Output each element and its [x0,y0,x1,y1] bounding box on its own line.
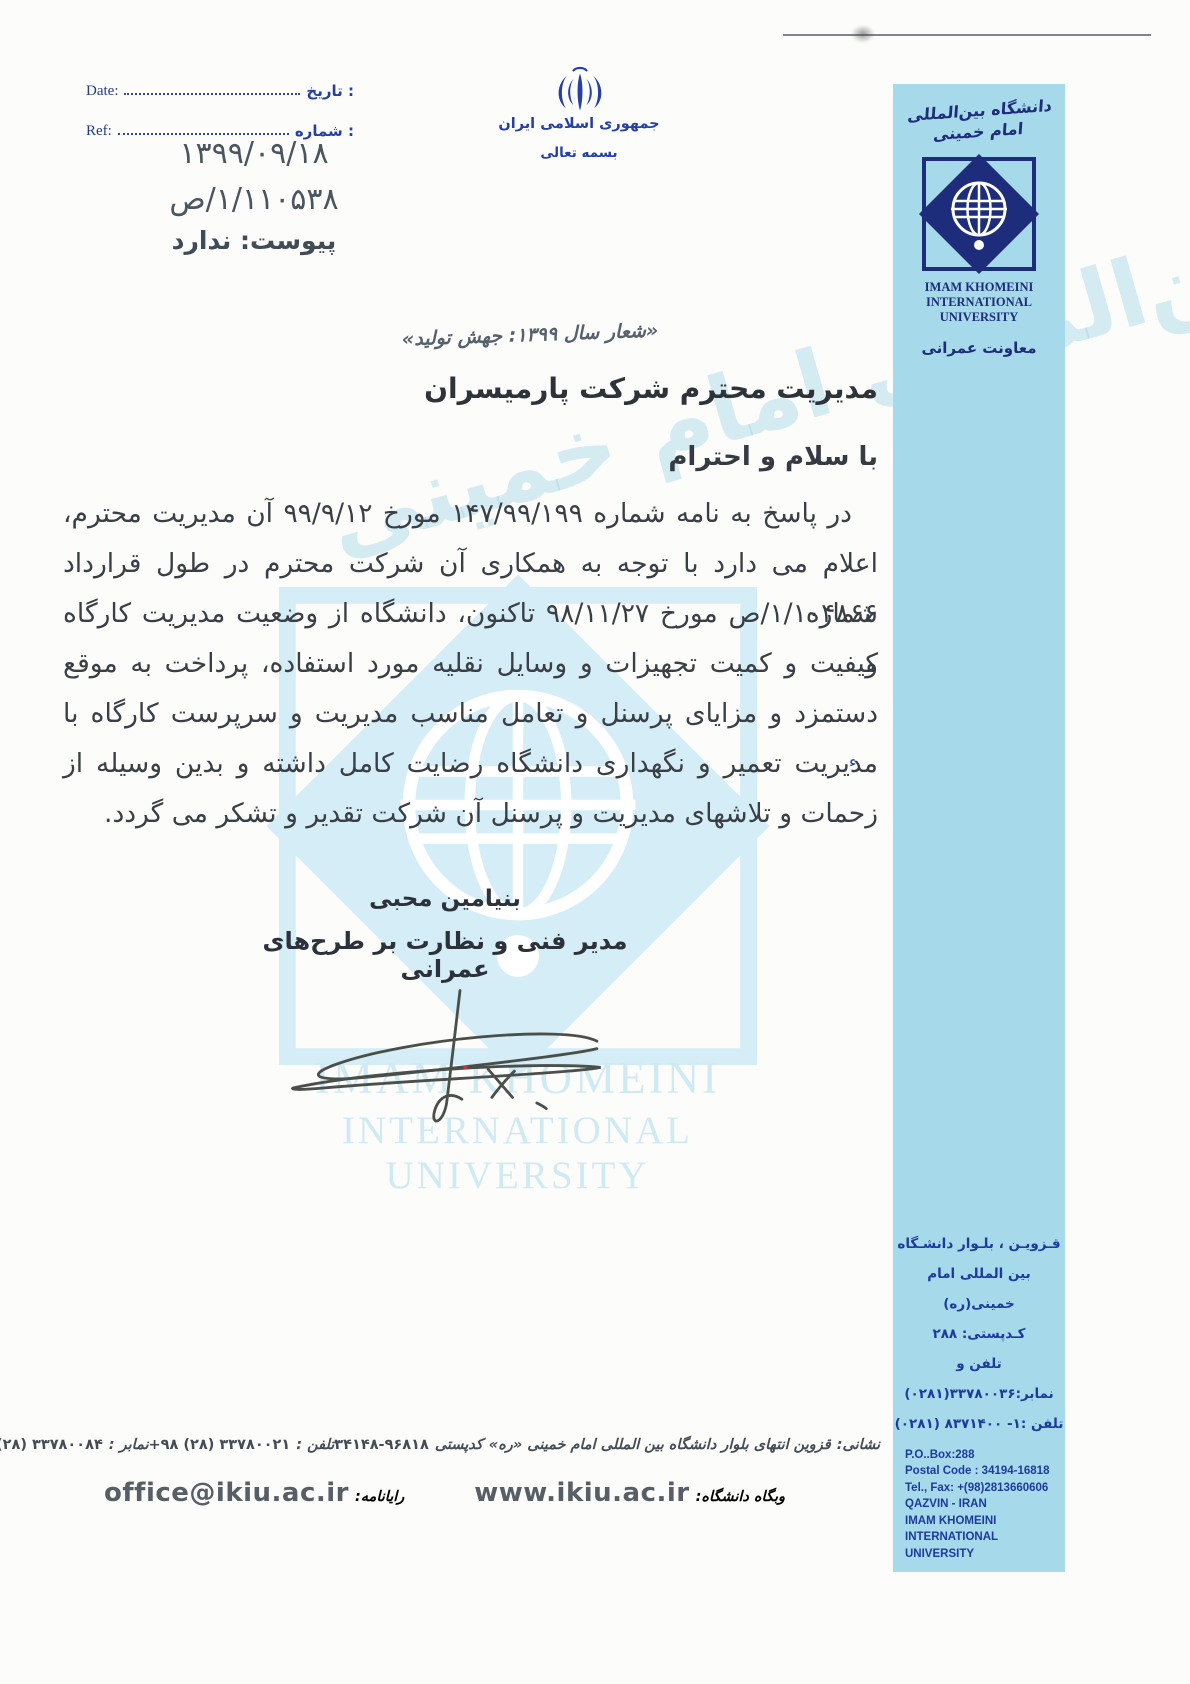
recipient-line: مدیریت محترم شرکت پارمیسران [63,372,878,405]
phone2-label: تلفن :۱- [1007,1416,1063,1432]
stamp-number: ۱/۱۱۰۵۳۸/ص [148,182,360,217]
body-line: اعلام می دارد با توجه به همکاری آن شرکت … [63,539,878,589]
address-en-line: P.O..Box:288 [905,1447,1053,1464]
country-title: جمهوری اسلامی ایران [495,116,663,132]
footer-fax-label: نمابر : [109,1437,149,1453]
footer-email-value: office@ikiu.ac.ir [104,1478,349,1508]
address-en-line: Postal Code : 34194-16818 [905,1463,1053,1480]
scanned-letter-page: Date: تاریخ : Ref: شماره : ۱۳۹۹/۰۹/۱۸ ۱/… [0,0,1190,1684]
date-label-en: Date: [86,83,118,100]
year-slogan: «شعار سال ۱۳۹۹: جهش تولید» [350,318,711,353]
footer-address-label: نشانی: [837,1437,880,1453]
ref-label-en: Ref: [86,123,112,140]
body-line: مدیریت تعمیر و نگهداری دانشگاه رضایت کام… [63,739,878,789]
university-name-calligraphy: دانشگاه بین‌المللی امام خمینی [902,95,1057,148]
footer-website: وبگاه دانشگاه: www.ikiu.ac.ir [474,1478,785,1508]
signature-block: بنیامین محبی مدیر فنی و نظارت بر طرح‌های… [255,886,635,1137]
address-fa-line: قـزویـن ، بلـوار دانشـگاه [893,1229,1065,1259]
date-row: Date: تاریخ : [86,76,354,100]
footer-tel-value: +۹۸ (۲۸) ۳۳۷۸۰۰۲۱ [149,1437,291,1453]
stamp-attachment: پیوست: ندارد [148,226,360,255]
university-logo-icon [917,152,1041,276]
scan-top-rule [783,34,1151,36]
stamp-block: ۱۳۹۹/۰۹/۱۸ ۱/۱۱۰۵۳۸/ص پیوست: ندارد [148,136,360,255]
footer-web-row: وبگاه دانشگاه: www.ikiu.ac.ir رایانامه: … [63,1478,880,1508]
body-line: دستمزد و مزایای پرسنل و تعامل مناسب مدیر… [63,689,878,739]
signatory-name: بنیامین محبی [255,886,635,912]
date-dotted-line [124,92,300,95]
university-name-en-line1: IMAM KHOMEINI [893,280,1065,295]
university-name-en-line2: INTERNATIONAL UNIVERSITY [893,295,1065,325]
address-en-line: QAZVIN - IRAN [905,1496,1053,1513]
address-en-line: IMAM KHOMEINI [905,1513,1053,1530]
date-label-fa: تاریخ : [306,82,354,100]
salutation-line: با سلام و احترام [63,442,878,472]
phone2-line: تلفن :۱- (۰۲۸۱) ۸۳۷۱۴۰۰ [893,1409,1065,1439]
date-ref-block: Date: تاریخ : Ref: شماره : [86,76,354,140]
body-line: کیفیت و کمیت تجهیزات و وسایل نقلیه مورد … [63,639,878,689]
footer-tel-label: تلفن : [296,1437,334,1453]
phone-fax-line: تلفن و نمابر:(۰۲۸۱)۳۳۷۸۰۰۳۶ [893,1349,1065,1409]
address-fa-line: کـدپستی: ۲۸۸ [893,1319,1065,1349]
footer-address-value: قزوین انتهای بلوار دانشگاه بین المللی ام… [489,1437,831,1453]
address-en-line: Tel., Fax: +(98)2813660606 [905,1480,1053,1497]
signatory-title: مدیر فنی و نظارت بر طرح‌های عمرانی [255,927,635,983]
phone-fax-value: (۰۲۸۱)۳۳۷۸۰۰۳۶ [904,1386,1015,1402]
handwritten-signature [255,983,635,1133]
body-line: ۱/۱۰۴۸۶۶/ص مورخ ۹۸/۱۱/۲۷ تاکنون، دانشگاه… [63,589,878,639]
address-en-line: INTERNATIONAL UNIVERSITY [905,1529,1053,1562]
ref-dotted-line [118,132,289,135]
body-line: در پاسخ به نامه شماره ۱۴۷/۹۹/۱۹۹ مورخ ۹۹… [63,489,878,539]
sidebar-address-block: قـزویـن ، بلـوار دانشـگاه بین المللی اما… [893,1229,1065,1563]
footer-address: نشانی: قزوین انتهای بلوار دانشگاه بین ال… [334,1437,880,1453]
footer-fax-value: +۹۸ (۲۸) ۳۳۷۸۰۰۸۴ [0,1437,103,1453]
margin-mark: ء [849,752,857,771]
basmala: بسمه تعالی [495,145,663,161]
scan-smudge [851,25,875,43]
iran-emblem-icon [552,66,608,116]
footer-contact-row: نشانی: قزوین انتهای بلوار دانشگاه بین ال… [63,1437,880,1453]
phone2-value: (۰۲۸۱) ۸۳۷۱۴۰۰ [895,1416,1003,1432]
sidebar-letterhead: دانشگاه بین‌المللی امام خمینی IMAM KHOME… [893,84,1065,1572]
footer-telephone: تلفن : +۹۸ (۲۸) ۳۳۷۸۰۰۲۱ [149,1437,335,1453]
footer-postal-value: ۳۴۱۴۸-۹۶۸۱۸ [334,1437,429,1453]
sidebar-address-en: P.O..Box:288 Postal Code : 34194-16818 T… [893,1447,1065,1563]
department-title: معاونت عمرانی [921,339,1036,357]
footer-web-label: وبگاه دانشگاه: [696,1489,785,1505]
university-name-en: IMAM KHOMEINI INTERNATIONAL UNIVERSITY [893,280,1065,325]
address-fa-line: بین المللی امام خمینی(ره) [893,1259,1065,1319]
body-line: زحمات و تلاشهای مدیریت و پرسنل آن شرکت ت… [63,789,878,839]
footer-postal-label: کدپستی [435,1437,483,1453]
footer-fax: نمابر : +۹۸ (۲۸) ۳۳۷۸۰۰۸۴ [0,1437,149,1453]
stamp-date: ۱۳۹۹/۰۹/۱۸ [148,136,360,171]
footer-email: رایانامه: office@ikiu.ac.ir [104,1478,404,1508]
footer-web-value: www.ikiu.ac.ir [474,1478,689,1508]
footer-email-label: رایانامه: [355,1489,404,1505]
letter-body: در پاسخ به نامه شماره ۱۴۷/۹۹/۱۹۹ مورخ ۹۹… [63,489,878,839]
